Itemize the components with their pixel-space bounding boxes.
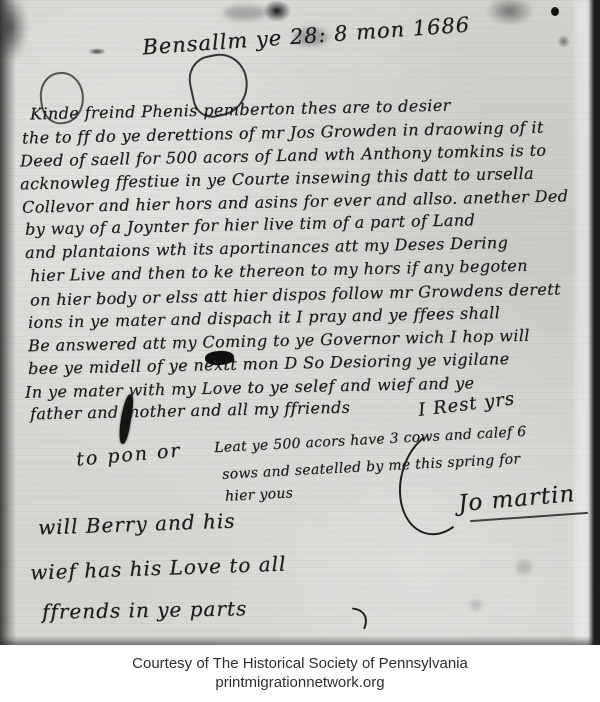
ink-stain bbox=[470, 600, 482, 610]
scan-bottom-edge-shadow bbox=[0, 636, 600, 645]
manuscript-line: Kinde freind Phenis pemberton thes are t… bbox=[30, 96, 451, 124]
ink-stain bbox=[88, 48, 106, 55]
footer-line: will Berry and his bbox=[38, 509, 236, 540]
ink-stain bbox=[557, 35, 570, 48]
scan-left-edge-shadow bbox=[0, 0, 16, 645]
manuscript-scan: Bensallm ye 28: 8 mon 1686 Kinde freind … bbox=[0, 0, 600, 645]
manuscript-line: In ye mater with my Love to ye selef and… bbox=[25, 373, 475, 401]
footer-line: wief has his Love to all bbox=[30, 552, 287, 585]
ink-stain bbox=[486, 0, 534, 26]
manuscript-line: father and mother and all my ffriends bbox=[30, 398, 351, 424]
footer-line: ffrends in ye parts bbox=[42, 596, 248, 624]
ink-stain bbox=[551, 7, 559, 16]
caption: Courtesy of The Historical Society of Pe… bbox=[0, 645, 600, 702]
dateline: Bensallm ye 28: 8 mon 1686 bbox=[142, 13, 471, 60]
caption-credit: Courtesy of The Historical Society of Pe… bbox=[0, 655, 600, 672]
ink-stain bbox=[263, 0, 291, 22]
scan-right-edge-shadow bbox=[588, 0, 600, 645]
ink-stain bbox=[224, 6, 266, 20]
page: Bensallm ye 28: 8 mon 1686 Kinde freind … bbox=[0, 0, 600, 702]
postscript-line: hier yous bbox=[225, 485, 294, 505]
margin-note: to pon or bbox=[75, 439, 182, 470]
postscript-line: Leat ye 500 acors have 3 cows and calef … bbox=[214, 424, 527, 456]
ink-stain bbox=[516, 560, 532, 574]
scan-corner-shadow bbox=[0, 0, 28, 62]
caption-website: printmigrationnetwork.org bbox=[0, 674, 600, 691]
